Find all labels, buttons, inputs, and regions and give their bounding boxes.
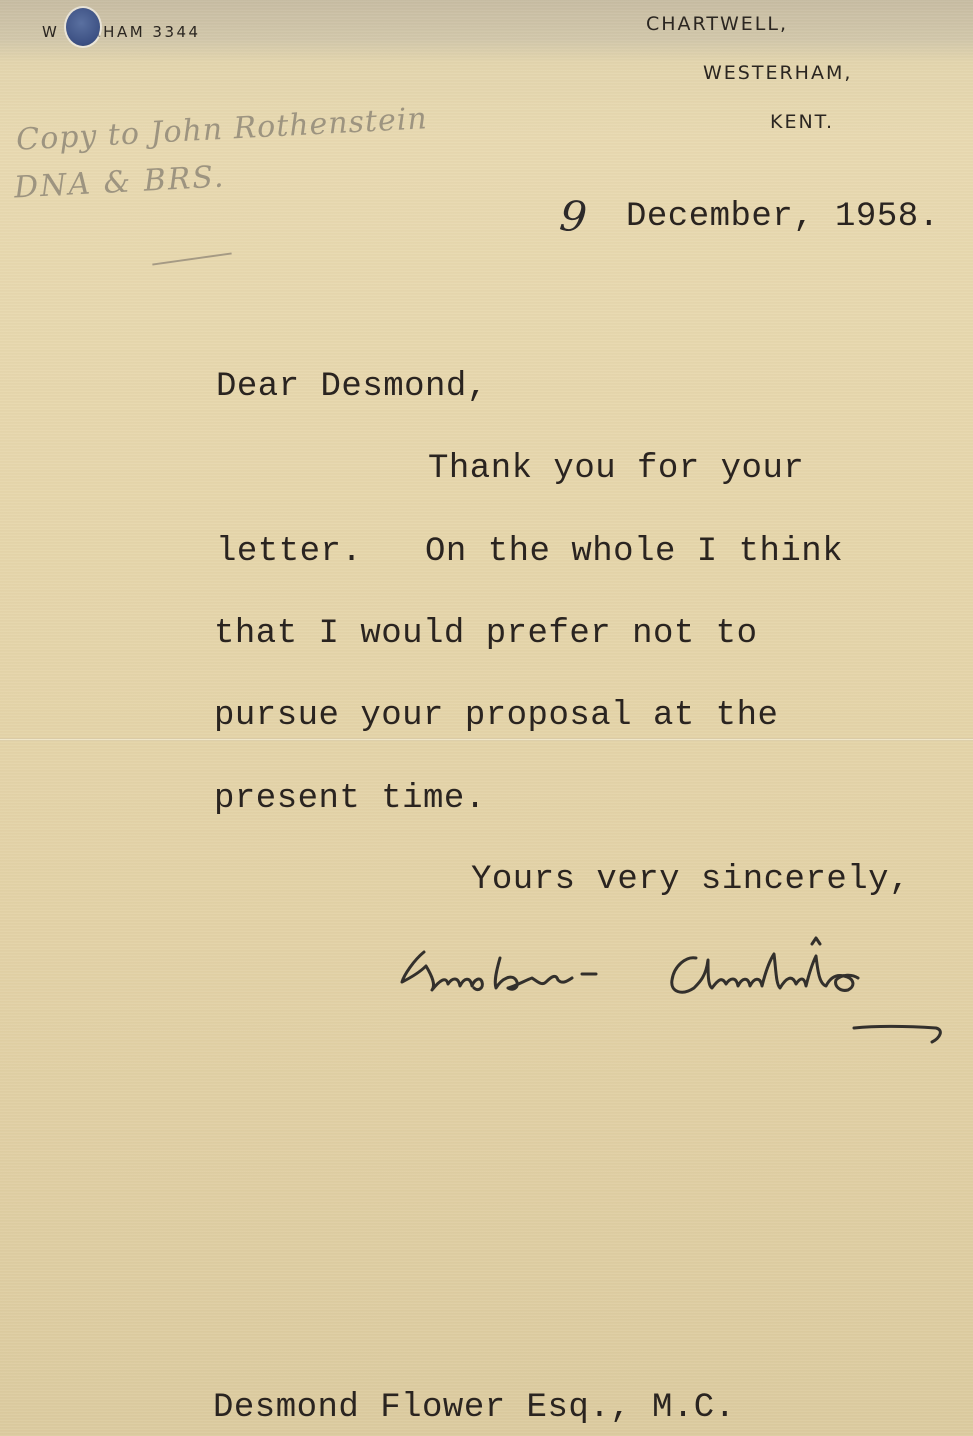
signature-icon: [396, 930, 956, 1060]
recipient-address: Desmond Flower Esq., M.C.: [213, 1389, 736, 1427]
body-line-3: that I would prefer not to: [214, 615, 758, 653]
typed-date: December, 1958.: [626, 198, 940, 236]
body-line-4: pursue your proposal at the: [214, 697, 778, 735]
body-line-2: letter. On the whole I think: [216, 533, 843, 571]
paper-fold-crease: [0, 738, 973, 741]
letterhead-address-line-1: CHARTWELL,: [646, 13, 788, 35]
letterhead-address-line-3: KENT.: [770, 111, 834, 133]
body-line-1: Thank you for your: [428, 450, 804, 488]
body-line-5: present time.: [214, 780, 486, 818]
closing: Yours very sincerely,: [471, 861, 910, 899]
salutation: Dear Desmond,: [216, 368, 488, 406]
handwritten-day: 9: [558, 191, 590, 243]
letterhead-address-line-2: WESTERHAM,: [703, 62, 852, 84]
punch-hole: [66, 8, 100, 46]
